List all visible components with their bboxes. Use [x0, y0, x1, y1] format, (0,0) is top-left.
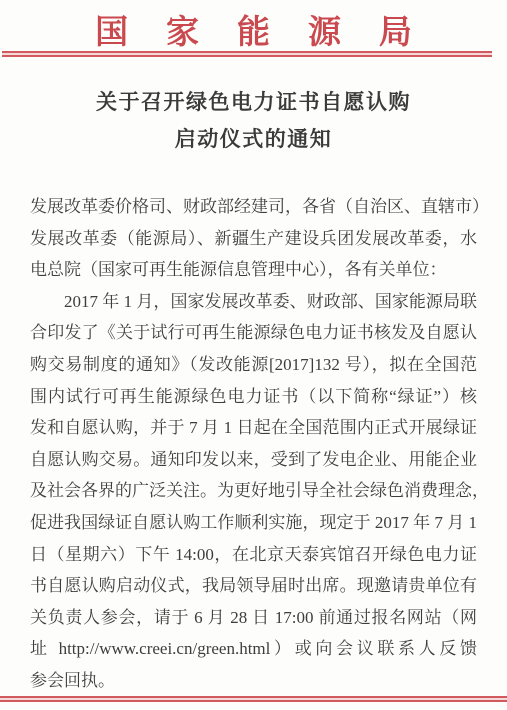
body-line: 关负责人参会，请于 6 月 28 日 17:00 前通过报名网站（网: [30, 602, 477, 634]
body-line: 日（星期六）下午 14:00，在北京天泰宾馆召开绿色电力证: [30, 539, 477, 571]
document-title: 关于召开绿色电力证书自愿认购 启动仪式的通知: [0, 84, 507, 158]
body-line: 电总院（国家可再生能源信息管理中心），各有关单位：: [30, 254, 477, 286]
body-line: 址 http://www.creei.cn/green.html）或向会议联系人…: [30, 633, 477, 665]
agency-masthead: 国家能源局: [0, 6, 507, 53]
body-line: 购交易制度的通知》（发改能源[2017]132 号），拟在全国范: [30, 349, 477, 381]
document-title-line-1: 关于召开绿色电力证书自愿认购: [0, 84, 507, 121]
body-line: 自愿认购交易。通知印发以来，受到了发电企业、用能企业: [30, 444, 477, 476]
body-line: 发展改革委价格司、财政部经建司，各省（自治区、直辖市）: [30, 191, 477, 223]
body-line: 2017 年 1 月，国家发展改革委、财政部、国家能源局联: [30, 286, 477, 318]
document-page: 国家能源局 关于召开绿色电力证书自愿认购 启动仪式的通知 发展改革委价格司、财政…: [0, 0, 507, 710]
body-line: 书自愿认购启动仪式，我局领导届时出席。现邀请贵单位有: [30, 570, 477, 602]
masthead-rule: [2, 51, 492, 57]
footer-rule: [0, 696, 507, 702]
document-body: 发展改革委价格司、财政部经建司，各省（自治区、直辖市） 发展改革委（能源局）、新…: [30, 191, 477, 697]
body-line: 合印发了《关于试行可再生能源绿色电力证书核发及自愿认: [30, 317, 477, 349]
body-line: 参会回执。: [30, 665, 477, 697]
body-line: 发展改革委（能源局）、新疆生产建设兵团发展改革委，水: [30, 223, 477, 255]
body-line: 围内试行可再生能源绿色电力证书（以下简称“绿证”）核: [30, 381, 477, 413]
document-title-line-2: 启动仪式的通知: [0, 121, 507, 158]
body-line: 发和自愿认购，并于 7 月 1 日起在全国范围内正式开展绿证: [30, 412, 477, 444]
body-line: 及社会各界的广泛关注。为更好地引导全社会绿色消费理念，: [30, 475, 477, 507]
body-line: 促进我国绿证自愿认购工作顺利实施，现定于 2017 年 7 月 1: [30, 507, 477, 539]
